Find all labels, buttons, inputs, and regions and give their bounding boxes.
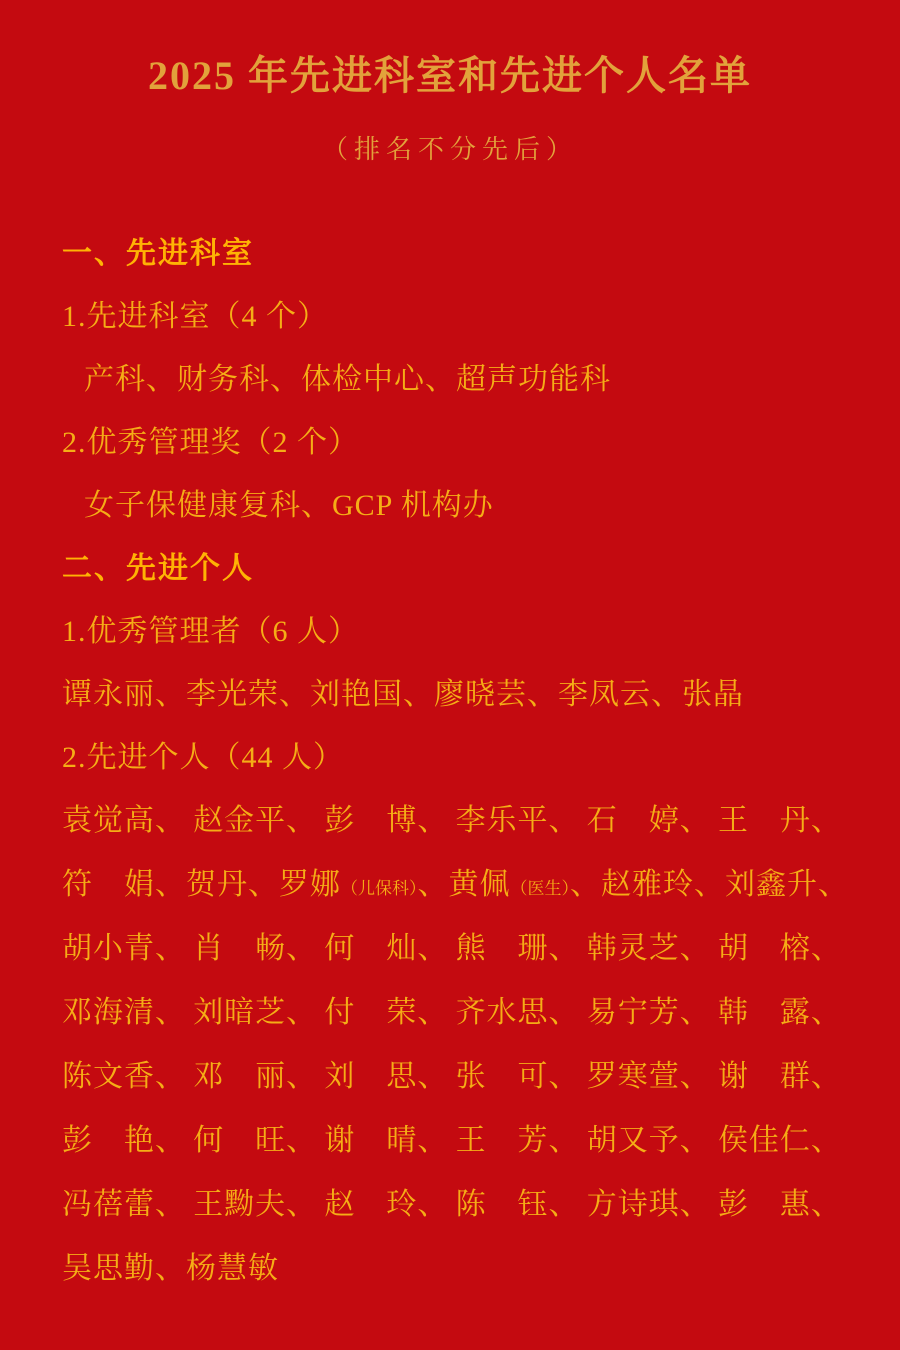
managers-content: 谭永丽、李光荣、刘艳国、廖晓芸、李凤云、张晶	[62, 659, 842, 722]
person-name: 付 荣、	[324, 987, 448, 1031]
person-name: 刘鑫升、	[725, 859, 849, 903]
person-name: 罗娜（儿保科）、	[279, 859, 449, 903]
departments-item-2-label: 2.优秀管理奖（2 个）	[62, 407, 842, 470]
person-name: 贺丹、	[186, 859, 279, 903]
person-name: 肖 畅、	[193, 923, 317, 967]
departments-item-1-label: 1.先进科室（4 个）	[62, 281, 842, 344]
page-subtitle: （排名不分先后）	[0, 129, 900, 166]
person-name: 胡小青、	[62, 923, 186, 967]
person-name: 方诗琪、	[587, 1179, 711, 1223]
person-name: 韩灵芝、	[587, 923, 711, 967]
person-name: 韩 露、	[718, 987, 842, 1031]
person-name: 王 丹、	[718, 795, 842, 839]
person-name: 胡 榕、	[718, 923, 842, 967]
name-line: 彭 艳、何 旺、谢 晴、王 芳、胡又予、侯佳仁、	[62, 1105, 842, 1169]
announcement-body: 一、先进科室 1.先进科室（4 个） 产科、财务科、体检中心、超声功能科 2.优…	[0, 218, 900, 1297]
person-name: 黄佩（医生）、	[449, 859, 602, 903]
name-line: 陈文香、邓 丽、刘 思、张 可、罗寒萱、谢 群、	[62, 1041, 842, 1105]
person-name: 熊 珊、	[456, 923, 580, 967]
person-name: 吴思勤、	[62, 1243, 186, 1287]
person-note: （儿保科）	[341, 879, 418, 898]
person-name: 陈 钰、	[456, 1179, 580, 1223]
person-name: 罗寒萱、	[587, 1051, 711, 1095]
name-line: 胡小青、肖 畅、何 灿、熊 珊、韩灵芝、胡 榕、	[62, 913, 842, 977]
managers-label: 1.优秀管理者（6 人）	[62, 596, 842, 659]
person-name: 袁觉高、	[62, 795, 186, 839]
person-name: 杨慧敏	[186, 1243, 279, 1287]
person-name: 邓 丽、	[193, 1051, 317, 1095]
person-name: 何 旺、	[193, 1115, 317, 1159]
person-name: 胡又予、	[587, 1115, 711, 1159]
person-name: 谢 群、	[718, 1051, 842, 1095]
person-name: 张 可、	[456, 1051, 580, 1095]
section-individuals-heading: 二、先进个人	[62, 533, 842, 596]
advanced-name-lines: 袁觉高、赵金平、彭 博、李乐平、石 婷、王 丹、符 娟、贺丹、罗娜（儿保科）、黄…	[62, 785, 842, 1297]
advanced-label: 2.先进个人（44 人）	[62, 722, 842, 785]
name-line: 袁觉高、赵金平、彭 博、李乐平、石 婷、王 丹、	[62, 785, 842, 849]
person-name: 彭 艳、	[62, 1115, 186, 1159]
name-line: 邓海清、刘暗芝、付 荣、齐水思、易宁芳、韩 露、	[62, 977, 842, 1041]
person-name: 李乐平、	[456, 795, 580, 839]
departments-item-2-content: 女子保健康复科、GCP 机构办	[62, 470, 842, 533]
person-name: 石 婷、	[587, 795, 711, 839]
person-name: 侯佳仁、	[718, 1115, 842, 1159]
person-name: 符 娟、	[62, 859, 186, 903]
person-name: 陈文香、	[62, 1051, 186, 1095]
person-name: 刘 思、	[324, 1051, 448, 1095]
person-name: 齐水思、	[456, 987, 580, 1031]
person-name: 刘暗芝、	[193, 987, 317, 1031]
page-title: 2025 年先进科室和先进个人名单	[0, 44, 900, 101]
name-line: 符 娟、贺丹、罗娜（儿保科）、黄佩（医生）、赵雅玲、刘鑫升、	[62, 849, 842, 913]
person-note: （医生）	[511, 879, 571, 898]
name-line: 冯蓓蕾、王黝夫、赵 玲、陈 钰、方诗琪、彭 惠、	[62, 1169, 842, 1233]
person-name: 彭 博、	[324, 795, 448, 839]
announcement-page: 2025 年先进科室和先进个人名单 （排名不分先后） 一、先进科室 1.先进科室…	[0, 0, 900, 1350]
person-name: 赵金平、	[193, 795, 317, 839]
person-name: 邓海清、	[62, 987, 186, 1031]
person-name: 彭 惠、	[718, 1179, 842, 1223]
person-name: 王 芳、	[456, 1115, 580, 1159]
person-name: 赵 玲、	[324, 1179, 448, 1223]
person-name: 冯蓓蕾、	[62, 1179, 186, 1223]
person-name: 何 灿、	[324, 923, 448, 967]
person-name: 王黝夫、	[193, 1179, 317, 1223]
name-line: 吴思勤、杨慧敏	[62, 1233, 842, 1297]
person-name: 赵雅玲、	[601, 859, 725, 903]
person-name: 谢 晴、	[324, 1115, 448, 1159]
person-name: 易宁芳、	[587, 987, 711, 1031]
page-header: 2025 年先进科室和先进个人名单 （排名不分先后）	[0, 0, 900, 166]
section-departments-heading: 一、先进科室	[62, 218, 842, 281]
departments-item-1-content: 产科、财务科、体检中心、超声功能科	[62, 344, 842, 407]
